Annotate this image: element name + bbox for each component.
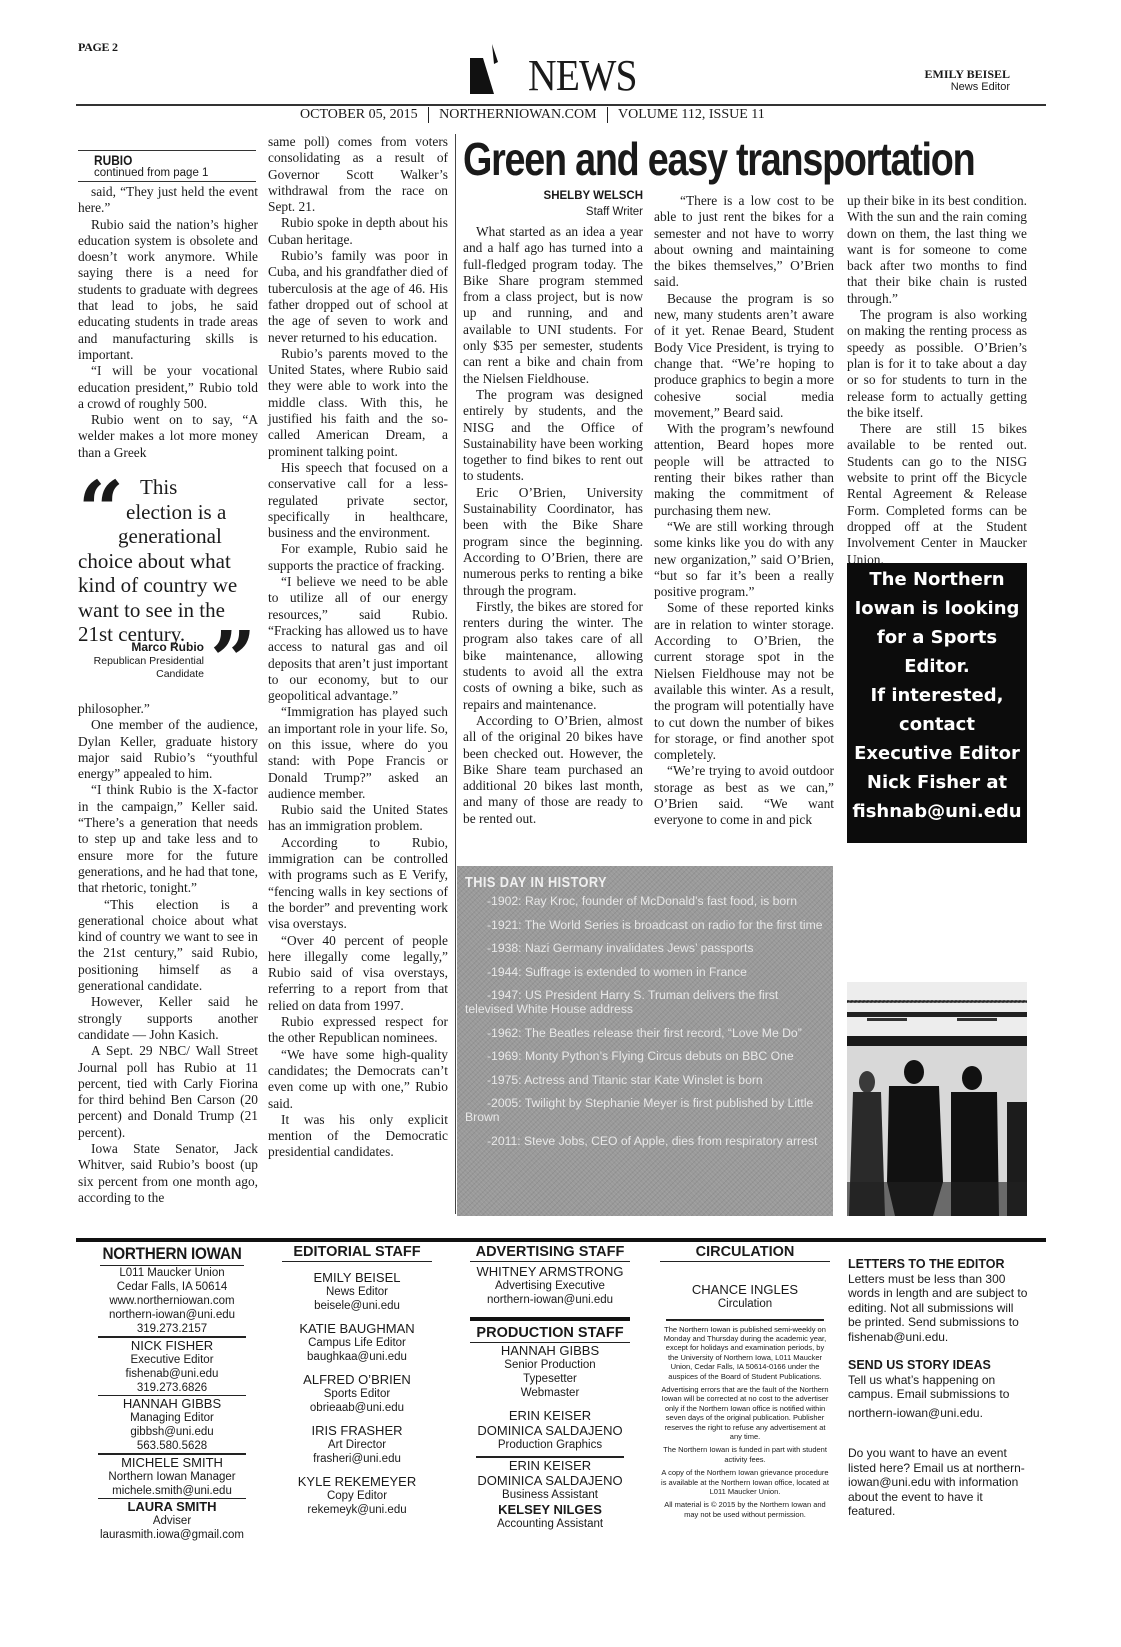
paragraph: “We’re trying to avoid outdoor storage a… <box>654 763 834 828</box>
paragraph: Eric O’Brien, University Sustainability … <box>463 485 643 599</box>
history-item: -1902: Ray Kroc, founder of McDonald’s f… <box>465 894 827 908</box>
pull-quote-attribution: Marco Rubio <box>108 640 204 654</box>
history-item: -1938: Nazi Germany invalidates Jews’ pa… <box>465 941 827 955</box>
staff-name: ERIN KEISER <box>470 1458 630 1473</box>
website[interactable]: NORTHERNIOWAN.COM <box>439 107 596 123</box>
ad-line: Editor. <box>847 652 1027 681</box>
paragraph: “There is a low cost to be able to just … <box>654 193 834 291</box>
rubio-column-2: same poll) comes from voters consolidati… <box>268 134 448 1161</box>
fine-print: A copy of the Northern Iowan grievance p… <box>660 1468 830 1496</box>
pull-quote-line: This <box>78 475 260 500</box>
masthead-advertising-production: ADVERTISING STAFF WHITNEY ARMSTRONG Adve… <box>470 1244 630 1531</box>
staff-name: ALFRED O’BRIEN <box>282 1372 432 1387</box>
paragraph: Rubio expressed respect for the other Re… <box>268 1014 448 1047</box>
paragraph: “I will be your vocational education pre… <box>78 363 258 412</box>
ad-line: Nick Fisher at <box>847 768 1027 797</box>
history-item: -1975: Actress and Titanic star Kate Win… <box>465 1073 827 1087</box>
section-editor-role: News Editor <box>900 81 1010 93</box>
bike-column-1: What started as an idea a year and a hal… <box>463 224 643 827</box>
staff-role: News Editor <box>282 1285 432 1299</box>
masthead-title: CIRCULATION <box>660 1244 830 1262</box>
staff-name: DOMINICA SALDAJENO <box>470 1423 630 1438</box>
masthead-editorial-staff: EDITORIAL STAFF EMILY BEISEL News Editor… <box>282 1244 432 1517</box>
email-link[interactable]: beisele@uni.edu <box>282 1299 432 1313</box>
story-ideas-heading: SEND US STORY IDEAS <box>848 1358 1028 1373</box>
masthead-northern-iowan: NORTHERN IOWAN L011 Maucker Union Cedar … <box>92 1244 252 1542</box>
close-quote-icon: ” <box>210 620 256 700</box>
fine-print: The Northern Iowan is funded in part wit… <box>660 1445 830 1464</box>
staff-role: Webmaster <box>470 1386 630 1400</box>
history-item: -1947: US President Harry S. Truman deli… <box>465 988 827 1016</box>
staff-role: Adviser <box>92 1514 252 1528</box>
jump-rule <box>78 150 256 151</box>
paragraph: What started as an idea a year and a hal… <box>463 224 643 387</box>
address-line: L011 Maucker Union <box>92 1266 252 1280</box>
section-editor-name: EMILY BEISEL <box>900 67 1010 82</box>
paragraph: His speech that focused on a conservativ… <box>268 460 448 541</box>
address-line: Cedar Falls, IA 50614 <box>92 1280 252 1294</box>
paragraph: Because the program is so new, many stud… <box>654 291 834 421</box>
staff-role: Executive Editor <box>92 1353 252 1367</box>
pull-quote-line: kind of country we <box>78 573 260 598</box>
column-rule <box>455 134 456 1214</box>
paragraph: According to O’Brien, almost all of the … <box>463 713 643 827</box>
dateline: OCTOBER 05, 2015 NORTHERNIOWAN.COM VOLUM… <box>300 107 860 123</box>
history-item: -1944: Suffrage is extended to women in … <box>465 965 827 979</box>
paragraph: philosopher.” <box>78 701 258 717</box>
staff-role: Sports Editor <box>282 1387 432 1401</box>
paragraph: Rubio’s parents moved to the United Stat… <box>268 346 448 460</box>
staff-name: WHITNEY ARMSTRONG <box>470 1264 630 1279</box>
paragraph: The program was designed entirely by stu… <box>463 387 643 485</box>
staff-name: NICK FISHER <box>92 1338 252 1353</box>
ad-line: The Northern <box>847 565 1027 594</box>
fine-print: Advertising errors that are the fault of… <box>660 1385 830 1441</box>
website-link[interactable]: www.northerniowan.com <box>92 1294 252 1308</box>
issue-date: OCTOBER 05, 2015 <box>300 107 418 123</box>
history-list: -1902: Ray Kroc, founder of McDonald’s f… <box>465 894 827 1157</box>
staff-role: Senior Production <box>470 1358 630 1372</box>
masthead-title: EDITORIAL STAFF <box>282 1244 432 1262</box>
events-text: Do you want to have an event listed here… <box>848 1446 1028 1519</box>
story-ideas-email[interactable]: northern-iowan@uni.edu. <box>848 1406 1028 1421</box>
pull-quote-line: choice about what <box>78 549 260 574</box>
paragraph: The program is also working on making th… <box>847 307 1027 421</box>
paragraph: same poll) comes from voters consolidati… <box>268 134 448 215</box>
byline-role: Staff Writer <box>463 206 643 218</box>
staff-role: Production Graphics <box>470 1438 630 1452</box>
paragraph: “I think Rubio is the X-factor in the ca… <box>78 782 258 896</box>
email-link[interactable]: baughkaa@uni.edu <box>282 1350 432 1364</box>
ad-line: Executive Editor <box>847 739 1027 768</box>
email-link[interactable]: fishenab@uni.edu <box>92 1367 252 1381</box>
history-item: -1962: The Beatles release their first r… <box>465 1026 827 1040</box>
staff-name: ERIN KEISER <box>470 1408 630 1423</box>
paragraph: With the program’s newfound attention, B… <box>654 421 834 519</box>
paragraph: Rubio spoke in depth about his Cuban her… <box>268 215 448 248</box>
staff-role: Business Assistant <box>470 1488 630 1502</box>
phone: 319.273.6826 <box>92 1381 252 1395</box>
paragraph: It was his only explicit mention of the … <box>268 1112 448 1161</box>
email-link[interactable]: laurasmith.iowa@gmail.com <box>92 1528 252 1542</box>
paragraph: However, Keller said he strongly support… <box>78 994 258 1043</box>
email-link[interactable]: gibbsh@uni.edu <box>92 1425 252 1439</box>
northern-iowan-logo-icon <box>470 44 514 94</box>
staff-name: HANNAH GIBBS <box>470 1343 630 1358</box>
paragraph: “Over 40 percent of people here illegall… <box>268 933 448 1014</box>
paragraph: One member of the audience, Dylan Keller… <box>78 717 258 782</box>
staff-role: Northern Iowan Manager <box>92 1470 252 1484</box>
paragraph: Rubio went on to say, “A welder makes a … <box>78 412 258 461</box>
divider <box>666 1319 824 1321</box>
ad-line: If interested, <box>847 681 1027 710</box>
ad-line: Iowan is looking <box>847 594 1027 623</box>
email-link[interactable]: northern-iowan@uni.edu <box>92 1308 252 1322</box>
history-item: -1921: The World Series is broadcast on … <box>465 918 827 932</box>
masthead-title: ADVERTISING STAFF <box>470 1244 630 1262</box>
phone: 319.273.2157 <box>92 1322 252 1336</box>
paragraph: There are still 15 bikes available to be… <box>847 421 1027 568</box>
letters-text: Letters must be less than 300 words in l… <box>848 1272 1028 1345</box>
paragraph: Iowa State Senator, Jack Whitver, said R… <box>78 1141 258 1206</box>
fine-print: All material is © 2015 by the Northern I… <box>660 1500 830 1519</box>
masthead-title: NORTHERN IOWAN <box>100 1244 244 1266</box>
paragraph: “We have some high-quality candidates; t… <box>268 1047 448 1112</box>
paragraph: Rubio said the nation’s higher education… <box>78 217 258 364</box>
bike-column-3: up their bike in its best condition. Wit… <box>847 193 1027 568</box>
article-headline: Green and easy transportation <box>463 134 974 184</box>
paragraph: Firstly, the bikes are stored for renter… <box>463 599 643 713</box>
paragraph: Rubio’s family was poor in Cuba, and his… <box>268 248 448 346</box>
ad-line: contact <box>847 710 1027 739</box>
history-item: -2011: Steve Jobs, CEO of Apple, dies fr… <box>465 1134 827 1148</box>
pull-quote-role: Republican Presidential Candidate <box>88 655 204 681</box>
history-title: THIS DAY IN HISTORY <box>465 874 607 891</box>
paragraph: Rubio said the United States has an immi… <box>268 802 448 835</box>
staff-role: Circulation <box>660 1297 830 1311</box>
byline: SHELBY WELSCH <box>463 190 643 202</box>
email-link[interactable]: northern-iowan@uni.edu <box>470 1293 630 1307</box>
divider <box>607 107 609 123</box>
fine-print: The Northern Iowan is published semi-wee… <box>660 1325 830 1381</box>
rubio-column-1b: philosopher.” One member of the audience… <box>78 701 258 1206</box>
paragraph: “I believe we need to be able to utilize… <box>268 574 448 704</box>
staff-role: Art Director <box>282 1438 432 1452</box>
staff-name: MICHELE SMITH <box>92 1455 252 1470</box>
staff-role: Campus Life Editor <box>282 1336 432 1350</box>
staff-role: Advertising Executive <box>470 1279 630 1293</box>
paragraph: According to Rubio, immigration can be c… <box>268 835 448 933</box>
volume-issue: VOLUME 112, ISSUE 11 <box>618 107 765 123</box>
history-item: -2005: Twilight by Stephanie Meyer is fi… <box>465 1096 827 1124</box>
reader-info: LETTERS TO THE EDITOR Letters must be le… <box>848 1257 1028 1519</box>
staff-role: Managing Editor <box>92 1411 252 1425</box>
staff-name: HANNAH GIBBS <box>92 1396 252 1411</box>
people-silhouette-photo <box>847 982 1027 1216</box>
staff-name: EMILY BEISEL <box>282 1270 432 1285</box>
paragraph: Some of these reported kinks are in rela… <box>654 600 834 763</box>
story-ideas-text: Tell us what’s happening on campus. Emai… <box>848 1373 1028 1402</box>
footer-rule <box>76 1238 1046 1242</box>
masthead-title: PRODUCTION STAFF <box>470 1325 630 1343</box>
paragraph: A Sept. 29 NBC/ Wall Street Journal poll… <box>78 1043 258 1141</box>
header-rule <box>76 104 1046 106</box>
pull-quote-line: election is a <box>78 500 260 525</box>
ad-email[interactable]: fishnab@uni.edu <box>847 797 1027 826</box>
sports-editor-ad: The Northern Iowan is looking for a Spor… <box>847 563 1027 843</box>
email-link[interactable]: obrieaab@uni.edu <box>282 1401 432 1415</box>
staff-role: Copy Editor <box>282 1489 432 1503</box>
paragraph: “Immigration has played such an importan… <box>268 704 448 802</box>
bike-column-2: “There is a low cost to be able to just … <box>654 193 834 829</box>
rubio-column-1a: said, “They just held the event here.” R… <box>78 184 258 461</box>
staff-name: KELSEY NILGES <box>470 1502 630 1517</box>
paragraph: said, “They just held the event here.” <box>78 184 258 217</box>
divider <box>428 107 430 123</box>
staff-name: IRIS FRASHER <box>282 1423 432 1438</box>
jump-headline: RUBIO <box>94 152 132 168</box>
staff-name: CHANCE INGLES <box>660 1282 830 1297</box>
staff-name: DOMINICA SALDAJENO <box>470 1473 630 1488</box>
email-link[interactable]: frasheri@uni.edu <box>282 1452 432 1466</box>
email-link[interactable]: michele.smith@uni.edu <box>92 1484 252 1498</box>
staff-name: KATIE BAUGHMAN <box>282 1321 432 1336</box>
email-link[interactable]: rekemeyk@uni.edu <box>282 1503 432 1517</box>
staff-name: KYLE REKEMEYER <box>282 1474 432 1489</box>
pull-quote-line: generational <box>78 524 260 549</box>
this-day-in-history-box: THIS DAY IN HISTORY -1902: Ray Kroc, fou… <box>457 866 833 1216</box>
page-label: PAGE 2 <box>78 40 118 55</box>
staff-name: LAURA SMITH <box>92 1499 252 1514</box>
staff-role: Accounting Assistant <box>470 1517 630 1531</box>
paragraph: “We are still working through some kinks… <box>654 519 834 600</box>
masthead-circulation: CIRCULATION CHANCE INGLES Circulation Th… <box>660 1244 830 1519</box>
staff-role: Typesetter <box>470 1372 630 1386</box>
phone: 563.580.5628 <box>92 1439 252 1453</box>
jump-subtitle[interactable]: continued from page 1 <box>94 167 208 179</box>
jump-rule <box>78 181 256 182</box>
ad-line: for a Sports <box>847 623 1027 652</box>
history-item: -1969: Monty Python’s Flying Circus debu… <box>465 1049 827 1063</box>
letters-heading: LETTERS TO THE EDITOR <box>848 1257 1028 1272</box>
section-title: NEWS <box>528 54 637 98</box>
paragraph: For example, Rubio said he supports the … <box>268 541 448 574</box>
paragraph: “This election is a generational choice … <box>78 897 258 995</box>
paragraph: up their bike in its best condition. Wit… <box>847 193 1027 307</box>
